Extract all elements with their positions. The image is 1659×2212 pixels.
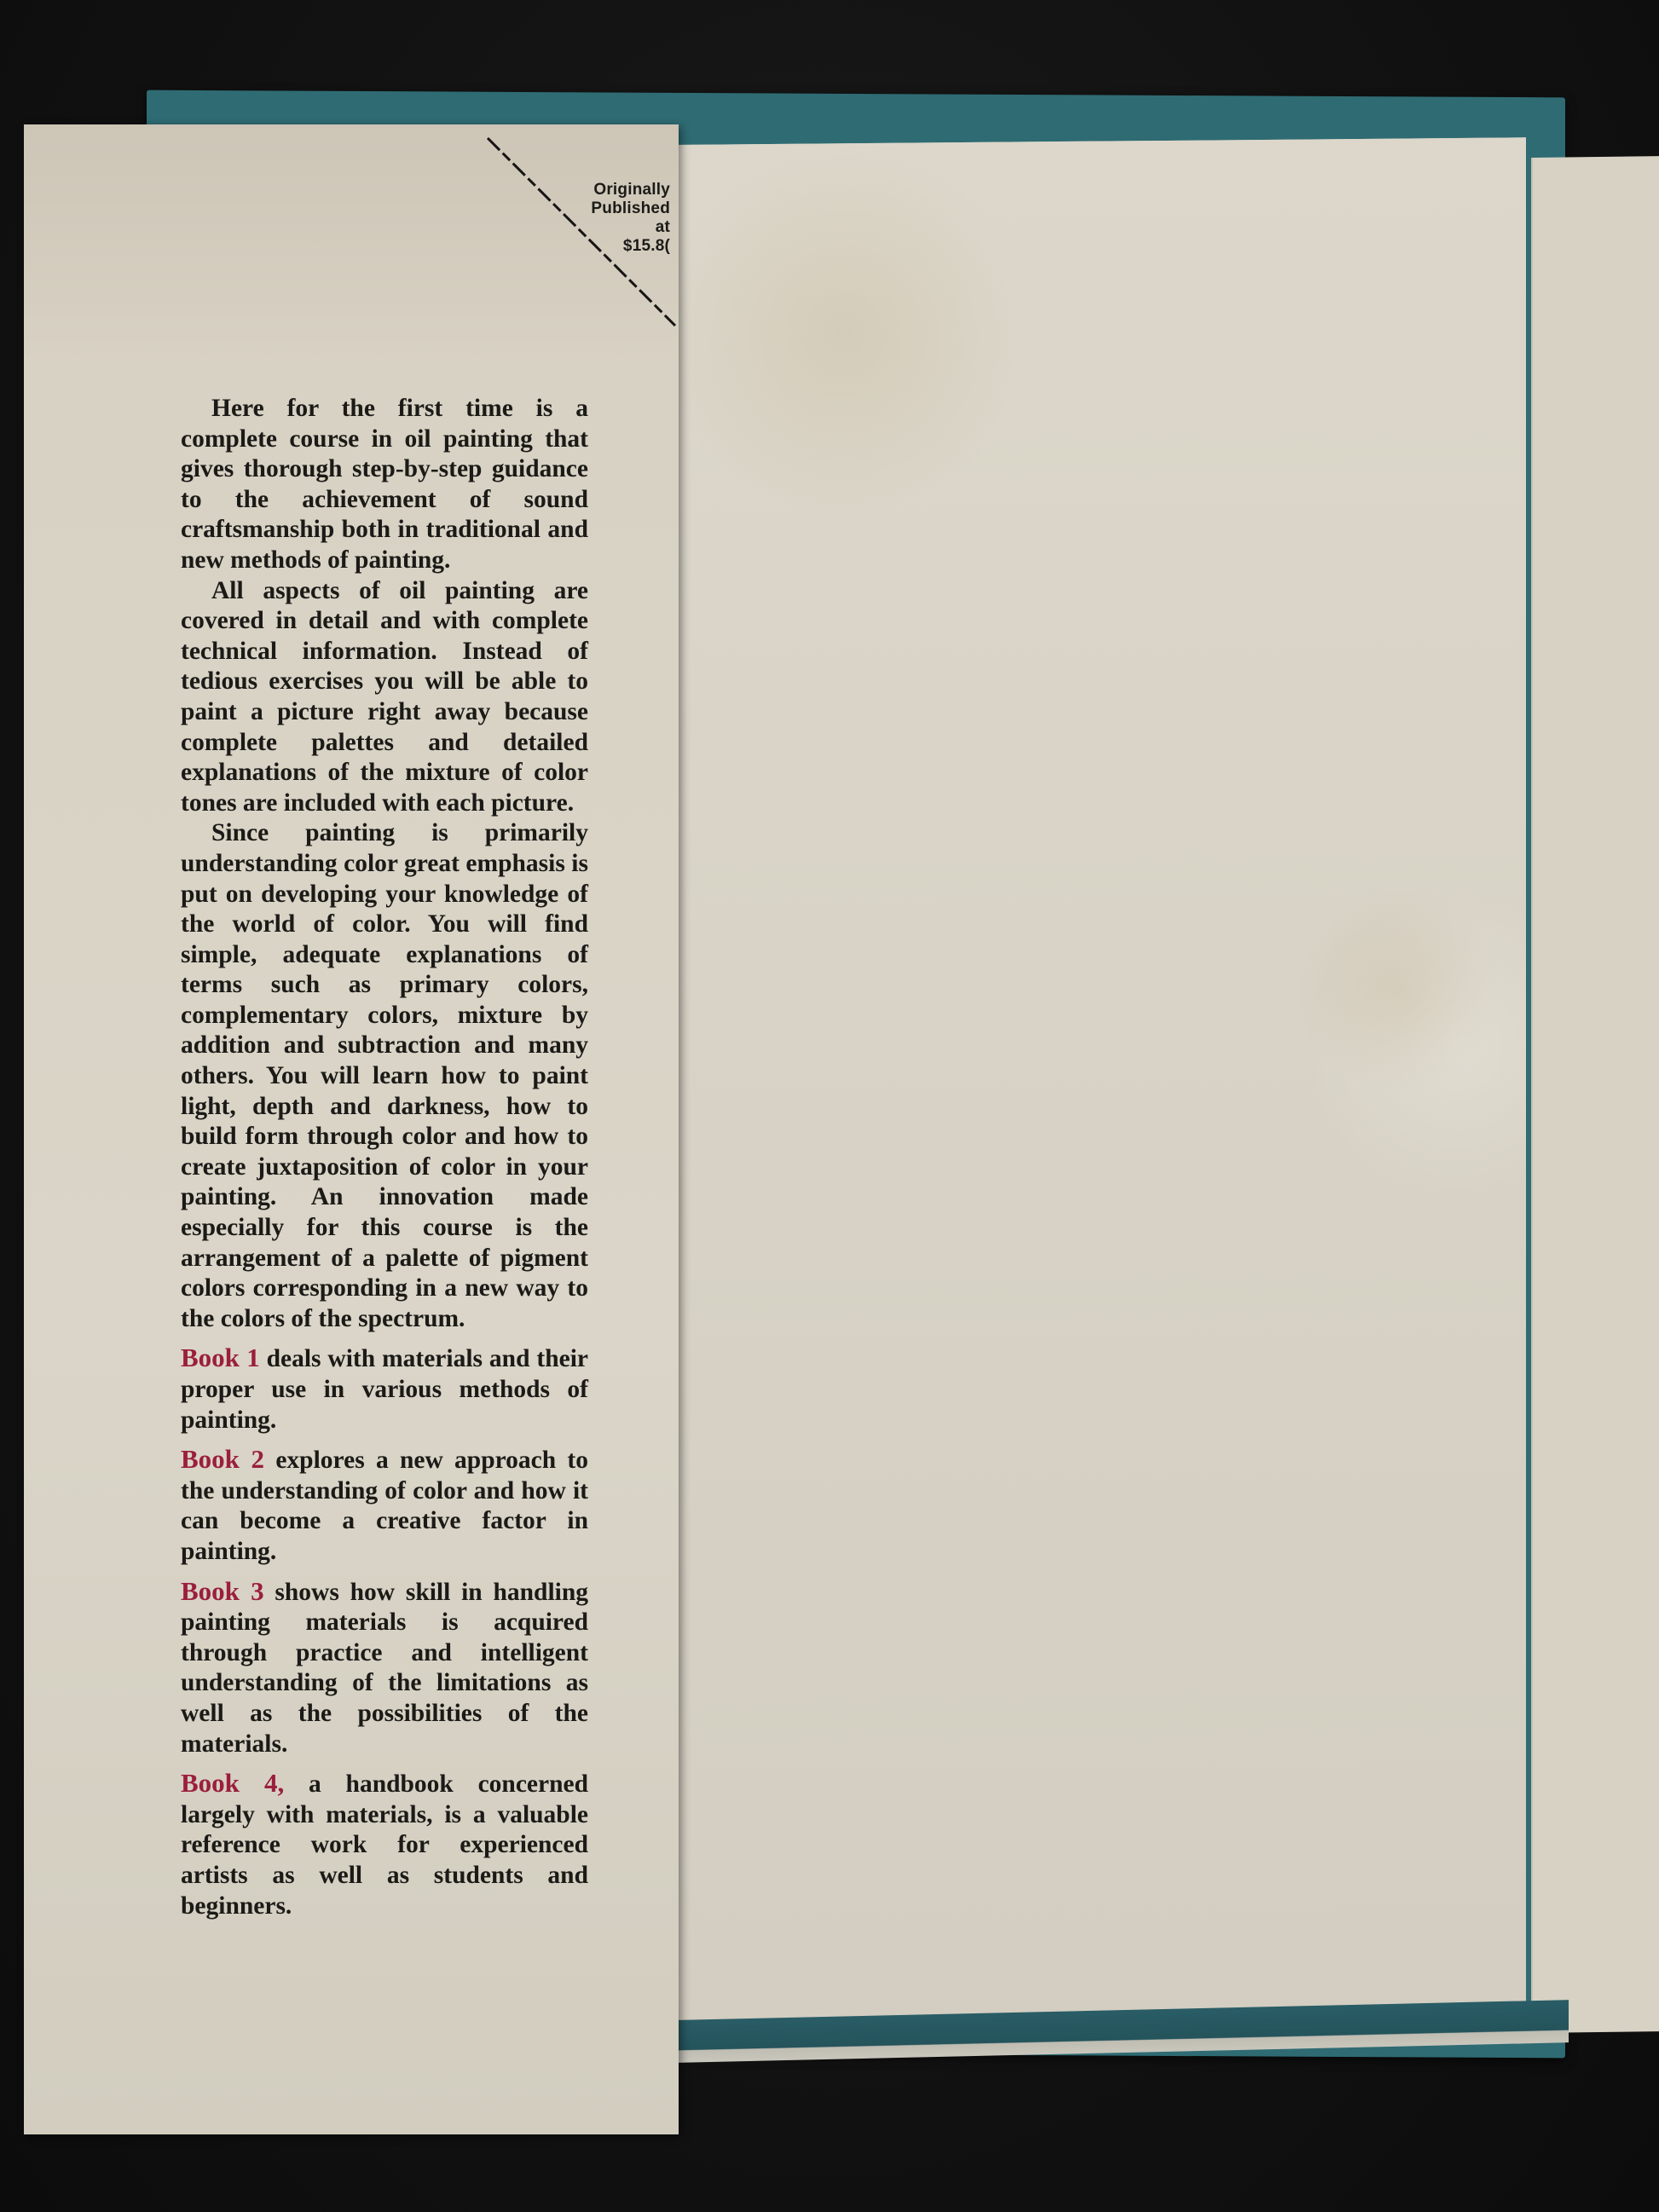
book-3-label: Book 3	[181, 1576, 264, 1606]
original-price-note: Originally Published at $15.8(	[569, 181, 670, 256]
price-line-2: Published	[569, 199, 670, 218]
book-2-label: Book 2	[181, 1444, 264, 1474]
dust-jacket-flap: Originally Published at $15.8( Here for …	[24, 124, 679, 2134]
endpaper-right-edge	[1531, 156, 1659, 2033]
price-line-1: Originally	[569, 181, 670, 199]
book-4-label: Book 4,	[181, 1768, 284, 1798]
book-3-description: Book 3 shows how skill in handling paint…	[181, 1576, 588, 1760]
intro-paragraph-3: Since painting is primarily understandin…	[181, 818, 588, 1334]
book-1-label: Book 1	[181, 1343, 260, 1372]
flap-description: Here for the first time is a complete co…	[181, 394, 588, 1921]
blank-endpaper	[673, 137, 1526, 2037]
book-1-description: Book 1 deals with materials and their pr…	[181, 1343, 588, 1435]
intro-paragraph-1: Here for the first time is a complete co…	[181, 394, 588, 576]
price-line-3: at	[569, 218, 670, 237]
book-2-description: Book 2 explores a new approach to the un…	[181, 1444, 588, 1567]
intro-paragraph-2: All aspects of oil painting are covered …	[181, 576, 588, 819]
book-4-description: Book 4, a handbook concerned largely wit…	[181, 1768, 588, 1921]
price-value: $15.8(	[569, 237, 670, 256]
